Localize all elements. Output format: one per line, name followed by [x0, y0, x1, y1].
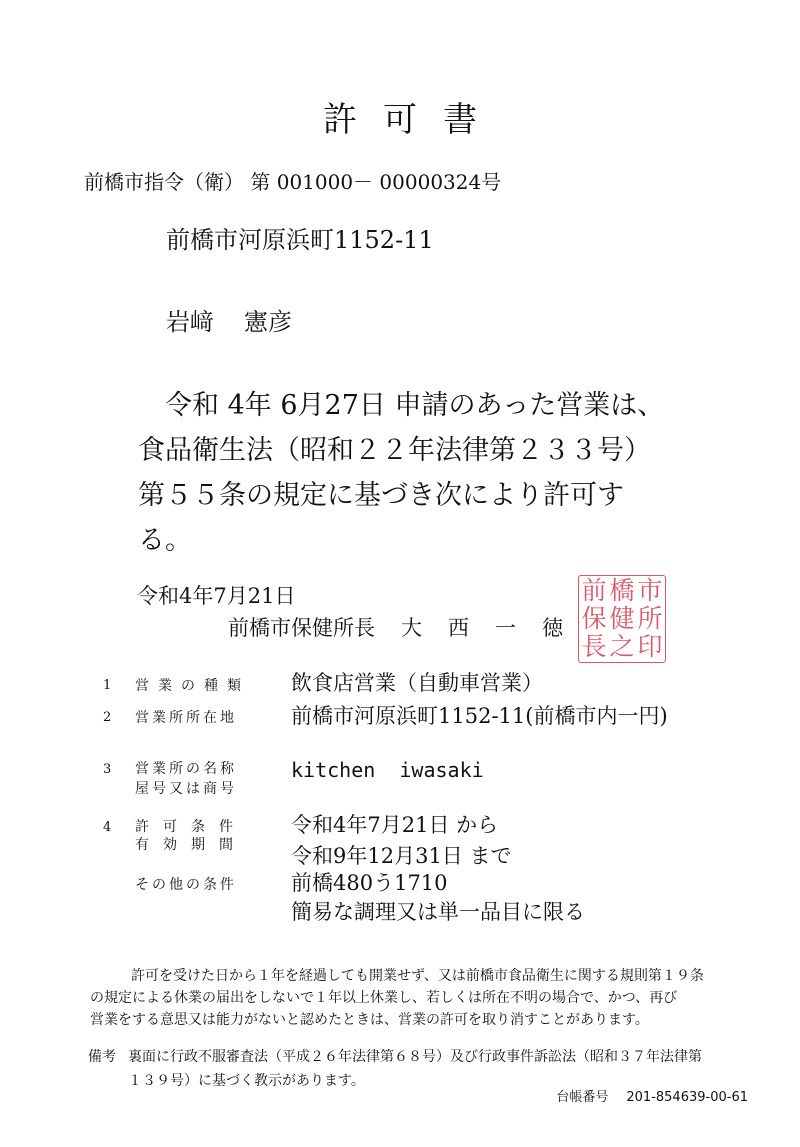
seal-char: 之: [608, 633, 636, 661]
item-label: 屋号又は商号: [135, 780, 237, 798]
notice-line: の規定による休業の届出をしないで１年以上休業し、若しくは所在不明の場合で、かつ、…: [90, 987, 704, 1009]
remarks-label: 備考: [88, 1049, 116, 1065]
item-value: 簡易な調理又は単一品目に限る: [291, 899, 585, 925]
item-value: 前橋480う1710: [291, 870, 448, 896]
item-value-start: 令和4年7月21日 から: [291, 812, 498, 838]
document-title: 許可書: [0, 92, 800, 141]
seal-char: 橋: [608, 577, 636, 605]
item-value: kitchen iwasaki: [291, 757, 484, 783]
applicant-address: 前橋市河原浜町1152-11: [166, 220, 434, 255]
issuer-name-char: 徳: [542, 616, 563, 640]
issuer-title: 前橋市保健所長: [228, 616, 375, 640]
applicant-family-name: 岩﨑: [166, 308, 214, 336]
item-value: 前橋市河原浜町1152-11(前橋市内一円): [291, 703, 668, 729]
notice-line: 許可を受けた日から１年を経過しても開業せず、又は前橋市食品衛生に関する規則第１９…: [117, 965, 704, 987]
item-value: 飲食店営業（自動車営業）: [291, 670, 543, 696]
permit-statement: 令和 4年 6月27日 申請のあった営業は、 食品衛生法（昭和２２年法律第２３３…: [138, 383, 664, 563]
item-label: その他の条件: [135, 876, 237, 894]
item-label: 営業の種類: [135, 677, 250, 695]
item-label: 有効期間: [135, 836, 247, 854]
seal-char: 保: [580, 605, 608, 633]
item-number: 4: [103, 820, 123, 835]
statement-line: 令和 4年 6月27日 申請のあった営業は、: [138, 383, 664, 428]
issue-date: 令和4年7月21日: [137, 580, 295, 610]
official-seal-stamp: 前 保 長 橋 健 之 市 所 印: [578, 575, 666, 663]
seal-char: 長: [580, 633, 608, 661]
remarks-line: 裏面に行政不服審査法（平成２６年法律第６８号）及び行政事件訴訟法（昭和３７年法律…: [128, 1049, 702, 1065]
item-label: 営業所の名称: [135, 760, 237, 778]
item-label: 営業所所在地: [135, 709, 237, 727]
item-number: 2: [103, 710, 123, 725]
order-number: 前橋市指令（衛） 第 001000－ 00000324号: [84, 166, 501, 195]
seal-char: 健: [608, 605, 636, 633]
item-value-end: 令和9年12月31日 まで: [291, 843, 511, 869]
revocation-notice: 許可を受けた日から１年を経過しても開業せず、又は前橋市食品衛生に関する規則第１９…: [117, 965, 704, 1031]
item-number: 3: [103, 762, 123, 777]
ledger-label: 台帳番号: [556, 1090, 608, 1105]
issuer-name-char: 一: [495, 616, 516, 640]
seal-char: 印: [636, 633, 664, 661]
ledger-value: 201-854639-00-61: [626, 1090, 748, 1105]
statement-line: る。: [138, 518, 664, 563]
seal-char: 市: [636, 577, 664, 605]
statement-line: 第５５条の規定に基づき次により許可す: [138, 473, 664, 518]
applicant-given-name: 憲彦: [244, 308, 292, 336]
statement-line: 食品衛生法（昭和２２年法律第２３３号）: [138, 428, 664, 473]
seal-char: 前: [580, 577, 608, 605]
item-number: 1: [103, 678, 123, 693]
applicant-name: 岩﨑憲彦: [166, 302, 292, 337]
seal-char: 所: [636, 605, 664, 633]
item-label: 許可条件: [135, 818, 247, 836]
ledger-number: 台帳番号201-854639-00-61: [520, 1086, 748, 1105]
issuer-name-char: 西: [448, 616, 469, 640]
notice-line: 営業をする意思又は能力がないと認めたときは、営業の許可を取り消すことがあります。: [90, 1009, 704, 1031]
issuer: 前橋市保健所長大西一徳: [228, 612, 563, 642]
issuer-name-char: 大: [401, 616, 422, 640]
